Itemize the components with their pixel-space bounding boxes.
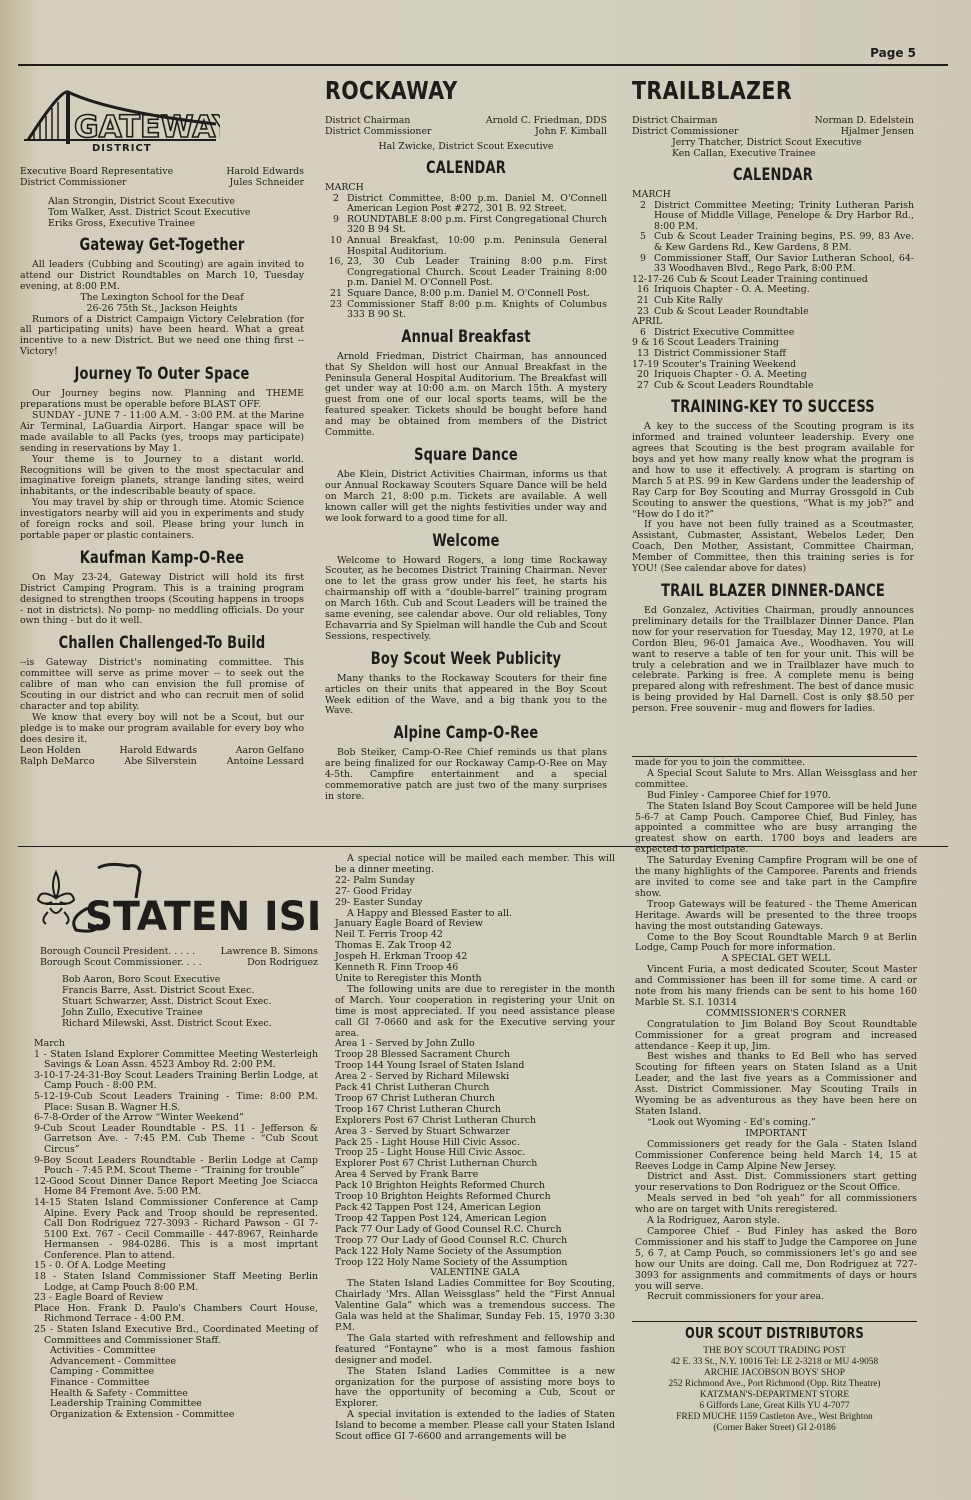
committee-member: Ralph DeMarco [20, 757, 95, 768]
article-paragraph: The Lexington School for the Deaf [20, 293, 304, 304]
calendar-entry: 18 - Staten Island Commissioner Staff Me… [34, 1272, 318, 1293]
article-paragraph: The Staten Island Ladies Committee for B… [335, 1279, 615, 1334]
staten-island-calendar: March 1 - Staten Island Explorer Committ… [34, 1039, 318, 1420]
calendar-text: 23, 30 Cub Leader Training 8:00 p.m. Fir… [347, 257, 607, 289]
article-paragraph: Recruit commissioners for your area. [635, 1292, 917, 1303]
article-paragraph: The Saturday Evening Campfire Program wi… [635, 856, 917, 900]
committee-row: Leon HoldenHarold EdwardsAaron Gelfano [20, 746, 304, 757]
calendar-month: MARCH [325, 183, 607, 194]
committee-names: Leon HoldenHarold EdwardsAaron GelfanoRa… [20, 746, 304, 768]
gateway-officers: Executive Board RepresentativeHarold Edw… [20, 166, 304, 229]
calendar-entry: 13District Commissioner Staff [632, 349, 914, 360]
article-paragraph: Rumors of a District Campaign Victory Ce… [20, 315, 304, 359]
staten-island-column-2: A special notice will be mailed each mem… [335, 854, 615, 1443]
distributor-line: FRED MUCHE 1159 Castleton Ave., West Bri… [632, 1412, 917, 1423]
gateway-bridge-logo-icon: GATEWAY DISTRICT [20, 82, 220, 152]
calendar-day: 21 [632, 296, 654, 307]
officer-role: District Commissioner [325, 126, 432, 137]
article-paragraph: A special notice will be mailed each mem… [335, 854, 615, 876]
calendar-entry: 3-10-17-24-31-Boy Scout Leaders Training… [34, 1071, 318, 1092]
rockaway-column: ROCKAWAY District ChairmanArnold C. Frie… [325, 76, 607, 803]
calendar-entry: 12-Good Scout Dinner Dance Report Meetin… [34, 1177, 318, 1198]
distributor-line: 42 E. 33 St., N.Y. 10016 Tel: LE 2-3218 … [632, 1357, 917, 1368]
article-body: All leaders (Cubbing and Scouting) are a… [20, 260, 304, 358]
officer-role: District Chairman [325, 115, 410, 126]
calendar-text: Square Dance, 8:00 p.m. Daniel M. O'Conn… [347, 289, 607, 300]
calendar-day: 10 [325, 236, 347, 257]
article-paragraph: Congratulation to Jim Boland Boy Scout R… [635, 1020, 917, 1053]
svg-text:DISTRICT: DISTRICT [92, 143, 152, 152]
article-body: Our Journey begins now. Planning and THE… [20, 389, 304, 542]
article-paragraph: 29- Easter Sunday [335, 898, 615, 909]
article-paragraph: The Staten Island Boy Scout Camporee wil… [635, 802, 917, 857]
staff-line: Tom Walker, Asst. District Scout Executi… [48, 207, 304, 218]
calendar-entry: 23Cub & Scout Leader Roundtable [632, 307, 914, 318]
calendar-text: ROUNDTABLE 8:00 p.m. First Congregationa… [347, 215, 607, 236]
article-paragraph: All leaders (Cubbing and Scouting) are a… [20, 260, 304, 293]
staten-island-officers: Borough Council President. . . . .Lawren… [40, 946, 318, 1029]
officer-role: District Commissioner [632, 126, 739, 137]
article-paragraph: The Staten Island Ladies Committee is a … [335, 1367, 615, 1411]
article-body: Ed Gonzalez, Activities Chairman, proudl… [632, 606, 914, 715]
gateway-column: Executive Board RepresentativeHarold Edw… [20, 166, 304, 767]
calendar-day: 23 [325, 300, 347, 321]
article-paragraph: --is Gateway District's nominating commi… [20, 658, 304, 713]
article-headline: Gateway Get-Together [41, 235, 282, 255]
article-paragraph: A Special Scout Salute to Mrs. Allan Wei… [635, 769, 917, 791]
officer-role: Executive Board Representative [20, 166, 173, 177]
article-paragraph: Area 3 - Served by Stuart Schwarzer [335, 1127, 615, 1138]
committee-item: Finance - Committee [50, 1378, 318, 1389]
committee-item: Organization & Extension - Committee [50, 1410, 318, 1421]
calendar-text: Commissioner Staff 8:00 p.m. Knights of … [347, 300, 607, 321]
svg-text:STATEN ISLAND: STATEN ISLAND [85, 894, 318, 938]
officer-name: Norman D. Edelstein [814, 115, 914, 126]
calendar-entry: 1 - Staten Island Explorer Committee Mee… [34, 1050, 318, 1071]
distributors-heading: OUR SCOUT DISTRIBUTORS [653, 1324, 895, 1342]
calendar-entry: 16,23, 30 Cub Leader Training 8:00 p.m. … [325, 257, 607, 289]
distributor-line: (Corner Baker Street) GI 2-0186 [632, 1423, 917, 1434]
article-paragraph: Pack 122 Holy Name Society of the Assump… [335, 1247, 615, 1258]
calendar-day: 2 [325, 194, 347, 215]
article-headline: Journey To Outer Space [41, 364, 282, 384]
article-paragraph: SUNDAY - JUNE 7 - 11:00 A.M. - 3:00 P.M.… [20, 411, 304, 455]
article-paragraph: A key to the success of the Scouting pro… [632, 422, 914, 520]
calendar-text: Cub Kite Rally [654, 296, 914, 307]
article-headline: TRAIL BLAZER DINNER-DANCE [653, 581, 893, 601]
article-paragraph: If you have not been fully trained as a … [632, 520, 914, 575]
calendar-text: District Commissioner Staff [654, 349, 914, 360]
article-paragraph: Ed Gonzalez, Activities Chairman, proudl… [632, 606, 914, 715]
calendar-entry: 27Cub & Scout Leaders Roundtable [632, 381, 914, 392]
article-paragraph: You may travel by ship or through time. … [20, 498, 304, 542]
calendar-month: MARCH [632, 190, 914, 201]
staff-line: Jerry Thatcher, District Scout Executive [672, 137, 914, 148]
staff-line: John Zullo, Executive Trainee [62, 1007, 318, 1018]
committee-member: Leon Holden [20, 746, 81, 757]
article-paragraph: Troop 77 Our Lady of Good Counsel R.C. C… [335, 1236, 615, 1247]
article-headline: TRAINING-KEY TO SUCCESS [653, 397, 893, 417]
staff-line: Richard Milewski, Asst. District Scout E… [62, 1018, 318, 1029]
calendar-day: 9 [632, 254, 654, 275]
article-paragraph: On May 23-24, Gateway District will hold… [20, 573, 304, 628]
rockaway-officers: District ChairmanArnold C. Friedman, DDS… [325, 115, 607, 152]
article-paragraph: The Gala started with refreshment and fe… [335, 1334, 615, 1367]
calendar-entry: 5-12-19-Cub Scout Leaders Training - Tim… [34, 1092, 318, 1113]
calendar-entry: 10Annual Breakfast, 10:00 p.m. Peninsula… [325, 236, 607, 257]
officer-name: Lawrence B. Simons [221, 946, 318, 957]
committee-row: Ralph DeMarcoAbe SilversteinAntoine Less… [20, 757, 304, 768]
calendar-entry: 2District Committee, 8:00 p.m. Daniel M.… [325, 194, 607, 215]
article-headline: Square Dance [346, 445, 586, 465]
staff-line: Alan Strongin, District Scout Executive [48, 196, 304, 207]
officer-role: Borough Scout Commissioner. . . . [40, 957, 202, 968]
article-paragraph: Many thanks to the Rockaway Scouters for… [325, 674, 607, 718]
article-headline: Challen Challenged-To Build [41, 633, 282, 653]
staten-island-logo-icon: STATEN ISLAND [28, 858, 318, 938]
article-headline: Alpine Camp-O-Ree [346, 723, 586, 743]
staten-island-column-1: Borough Council President. . . . .Lawren… [40, 946, 318, 1420]
article-paragraph: District and Asst. Dist. Commissioners s… [635, 1172, 917, 1194]
officer-name: John F. Kimball [535, 126, 607, 137]
article-paragraph: Troop Gateways will be featured - the Th… [635, 900, 917, 933]
calendar-month: March [34, 1039, 318, 1050]
calendar-entry: 2District Committee Meeting; Trinity Lut… [632, 201, 914, 233]
calendar-text: Cub & Scout Leader Training begins, P.S.… [654, 232, 914, 253]
article-body: Bob Steiker, Camp-O-Ree Chief reminds us… [325, 748, 607, 803]
article-paragraph: Your theme is to Journey to a distant wo… [20, 455, 304, 499]
calendar-day: 5 [632, 232, 654, 253]
committee-member: Aaron Gelfano [236, 746, 304, 757]
staff-line: Stuart Schwarzer, Asst. District Scout E… [62, 996, 318, 1007]
article-paragraph: Meals served in bed “oh yeah” for all co… [635, 1194, 917, 1216]
article-body: Welcome to Howard Rogers, a long time Ro… [325, 556, 607, 643]
calendar-entry: 5Cub & Scout Leader Training begins, P.S… [632, 232, 914, 253]
distributor-line: ARCHIE JACOBSON BOYS' SHOP [632, 1368, 917, 1379]
article-paragraph: Bud Finley - Camporee Chief for 1970. [635, 791, 917, 802]
article-body: A key to the success of the Scouting pro… [632, 422, 914, 575]
trailblazer-calendar-heading: CALENDAR [653, 165, 893, 185]
trailblazer-title: TRAILBLAZER [632, 76, 863, 105]
article-paragraph: Best wishes and thanks to Ed Bell who ha… [635, 1052, 917, 1117]
article-paragraph: We know that every boy will not be a Sco… [20, 713, 304, 746]
calendar-entry: 21Square Dance, 8:00 p.m. Daniel M. O'Co… [325, 289, 607, 300]
article-paragraph: Abe Klein, District Activities Chairman,… [325, 470, 607, 525]
staff-line: Eriks Gross, Executive Trainee [48, 218, 304, 229]
calendar-entry: 23Commissioner Staff 8:00 p.m. Knights o… [325, 300, 607, 321]
calendar-day: 13 [632, 349, 654, 360]
calendar-text: Cub & Scout Leader Roundtable [654, 307, 914, 318]
distributor-line: KATZMAN'S-DEPARTMENT STORE [632, 1390, 917, 1401]
calendar-day: 16, [325, 257, 347, 289]
calendar-day: 2 [632, 201, 654, 233]
officer-name: Hjalmer Jensen [841, 126, 914, 137]
article-paragraph: Our Journey begins now. Planning and THE… [20, 389, 304, 411]
calendar-text: Cub & Scout Leaders Roundtable [654, 381, 914, 392]
article-paragraph: Arnold Friedman, District Chairman, has … [325, 352, 607, 439]
article-paragraph: Commissioners get ready for the Gala - S… [635, 1140, 917, 1173]
committee-member: Abe Silverstein [125, 757, 197, 768]
calendar-entry: 25 - Staten Island Executive Brd., Coord… [34, 1325, 318, 1346]
calendar-entry: 21Cub Kite Rally [632, 296, 914, 307]
calendar-entry: 9ROUNDTABLE 8:00 p.m. First Congregation… [325, 215, 607, 236]
article-body: Abe Klein, District Activities Chairman,… [325, 470, 607, 525]
distributor-line: THE BOY SCOUT TRADING POST [632, 1346, 917, 1357]
staff-line: Francis Barre, Asst. District Scout Exec… [62, 985, 318, 996]
calendar-entry: 9-Cub Scout Leader Roundtable - P.S. 11 … [34, 1124, 318, 1156]
gateway-articles: Gateway Get-TogetherAll leaders (Cubbing… [20, 235, 304, 767]
article-paragraph: A special invitation is extended to the … [335, 1410, 615, 1443]
officer-name: Don Rodriguez [247, 957, 318, 968]
officer-role: Borough Council President. . . . . [40, 946, 195, 957]
officer-name: Arnold C. Friedman, DDS [486, 115, 607, 126]
calendar-entry: 9Commissioner Staff, Our Savior Lutheran… [632, 254, 914, 275]
officer-name: Harold Edwards [226, 166, 304, 177]
article-paragraph: 26-26 75th St., Jackson Heights [20, 304, 304, 315]
svg-text:GATEWAY: GATEWAY [74, 110, 220, 145]
calendar-day: 9 [325, 215, 347, 236]
trailblazer-officers: District ChairmanNorman D. Edelstein Dis… [632, 115, 914, 159]
calendar-entry: Place Hon. Frank D. Paulo's Chambers Cou… [34, 1304, 318, 1325]
staff-line: Ken Callan, Executive Trainee [672, 148, 914, 159]
article-body: --is Gateway District's nominating commi… [20, 658, 304, 767]
calendar-text: Annual Breakfast, 10:00 p.m. Peninsula G… [347, 236, 607, 257]
officer-role: District Commissioner [20, 177, 127, 188]
committee-member: Antoine Lessard [227, 757, 304, 768]
article-paragraph: 27- Good Friday [335, 887, 615, 898]
trailblazer-calendar: MARCH 2District Committee Meeting; Trini… [632, 190, 914, 391]
article-body: On May 23-24, Gateway District will hold… [20, 573, 304, 628]
article-headline: Boy Scout Week Publicity [346, 649, 586, 669]
calendar-day: 21 [325, 289, 347, 300]
article-paragraph: Camporee Chief - Bud Finley has asked th… [635, 1227, 917, 1292]
scout-distributors: OUR SCOUT DISTRIBUTORS THE BOY SCOUT TRA… [632, 1322, 917, 1434]
calendar-day: 27 [632, 381, 654, 392]
staten-island-column-3: made for you to join the committee.A Spe… [635, 758, 917, 1303]
calendar-text: District Committee Meeting; Trinity Luth… [654, 201, 914, 233]
rockaway-title: ROCKAWAY [325, 76, 556, 105]
top-rule [18, 64, 948, 66]
rockaway-calendar-heading: CALENDAR [346, 158, 586, 178]
calendar-text: Commissioner Staff, Our Savior Lutheran … [654, 254, 914, 275]
article-paragraph: The following units are due to reregiste… [335, 985, 615, 1040]
committee-member: Harold Edwards [119, 746, 197, 757]
article-paragraph: Welcome to Howard Rogers, a long time Ro… [325, 556, 607, 643]
rockaway-calendar: MARCH 2District Committee, 8:00 p.m. Dan… [325, 183, 607, 321]
rockaway-articles: Annual BreakfastArnold Friedman, Distric… [325, 327, 607, 803]
officer-name: Jules Schneider [230, 177, 304, 188]
article-body: Many thanks to the Rockaway Scouters for… [325, 674, 607, 718]
article-paragraph: Vincent Furia, a most dedicated Scouter,… [635, 965, 917, 1009]
trailblazer-column: TRAILBLAZER District ChairmanNorman D. E… [632, 76, 914, 715]
article-body: Arnold Friedman, District Chairman, has … [325, 352, 607, 439]
calendar-entry: 14-15 Staten Island Commissioner Confere… [34, 1198, 318, 1262]
article-headline: Annual Breakfast [346, 327, 586, 347]
article-headline: Welcome [346, 531, 586, 551]
staff-line: Bob Aaron, Boro Scout Executive [62, 974, 318, 985]
distributor-line: 6 Giffords Lane, Great Kills YU 4-7077 [632, 1401, 917, 1412]
article-headline: Kaufman Kamp-O-Ree [41, 548, 282, 568]
page-number: Page 5 [870, 46, 916, 60]
article-paragraph: Bob Steiker, Camp-O-Ree Chief reminds us… [325, 748, 607, 803]
trailblazer-articles: TRAINING-KEY TO SUCCESSA key to the succ… [632, 397, 914, 715]
article-paragraph: Come to the Boy Scout Roundtable March 9… [635, 933, 917, 955]
staff-line: Hal Zwicke, District Scout Executive [325, 141, 607, 152]
officer-role: District Chairman [632, 115, 717, 126]
calendar-entry: 9-Boy Scout Leaders Roundtable - Berlin … [34, 1156, 318, 1177]
calendar-text: District Committee, 8:00 p.m. Daniel M. … [347, 194, 607, 215]
distributor-line: 252 Richmond Ave., Port Richmond (Opp. R… [632, 1379, 917, 1390]
